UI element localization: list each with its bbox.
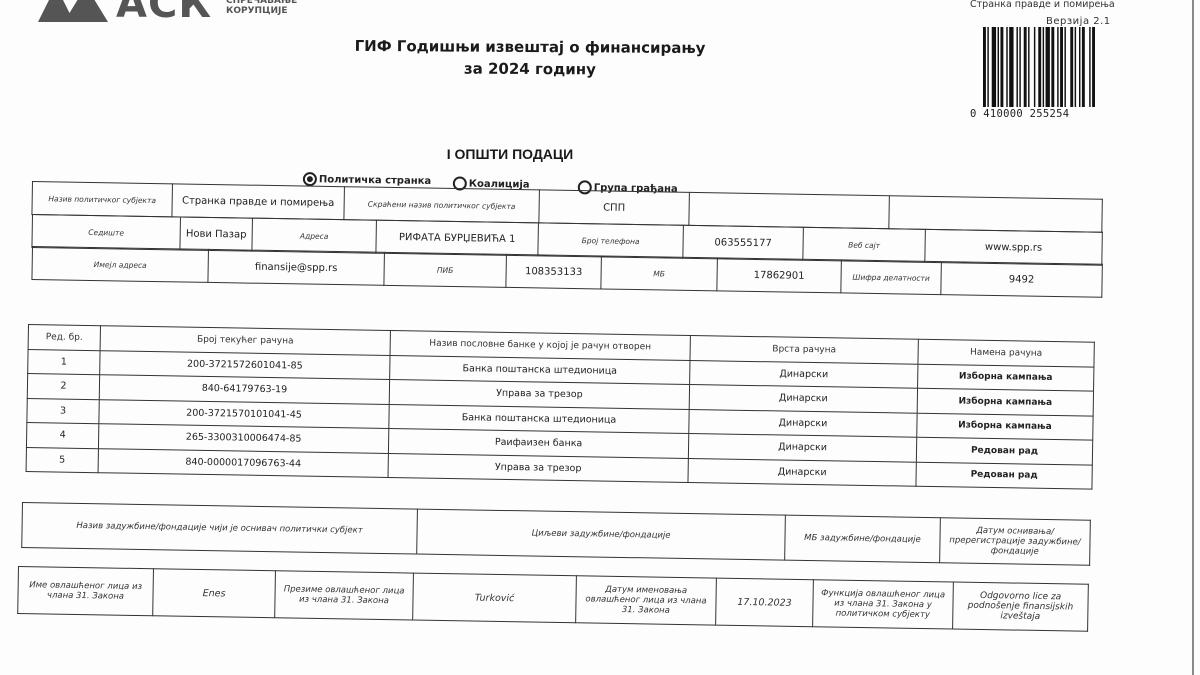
phone-field[interactable]: 063555177 (683, 225, 804, 260)
account-purpose[interactable]: Изборна кампања (917, 413, 1093, 440)
account-type[interactable]: Динарски (689, 384, 917, 412)
bank-accounts-table: Ред. бр. Број текућег рачуна Назив посло… (26, 324, 1095, 490)
empty-field-1[interactable] (689, 192, 890, 228)
page-edge-divider (1192, 0, 1194, 675)
phone-label: Број телефона (538, 223, 684, 258)
empty-field-2[interactable] (889, 196, 1103, 233)
authorized-person-table: Име овлашћеног лица из члана 31. Закона … (17, 566, 1089, 632)
first-name-field[interactable]: Enes (153, 569, 276, 618)
col-header-type: Врста рачуна (690, 335, 918, 363)
email-label: Имејл адреса (32, 247, 209, 283)
row-number: 1 (28, 349, 100, 375)
last-name-field[interactable]: Turković (413, 573, 577, 623)
section-title: I ОПШТИ ПОДАЦИ (380, 146, 640, 162)
function-label: Функција овлашћеног лица из члана 31. За… (813, 580, 954, 629)
pib-label: ПИБ (384, 252, 507, 287)
activity-code-field[interactable]: 9492 (941, 262, 1103, 298)
row-number: 3 (27, 398, 99, 424)
barcode-number: 0 410000 255254 (970, 108, 1069, 120)
appointment-date-label: Датум именовања овлашћеног лица из члана… (576, 576, 717, 625)
col-header-purpose: Намена рачуна (918, 339, 1094, 366)
seat-field[interactable]: Нови Пазар (180, 217, 253, 251)
agency-logo: АСК СПРЕЧАВАЊЕ КОРУПЦИЈЕ (38, 0, 297, 22)
pib-field[interactable]: 108353133 (506, 254, 602, 289)
appointment-date-field[interactable]: 17.10.2023 (716, 578, 814, 627)
table-row: Назив задужбине/фондације чији је оснива… (22, 503, 1091, 566)
foundation-mb-label: МБ задужбине/фондације (785, 515, 941, 563)
header-party-name: Странка правде и помирења (970, 0, 1115, 10)
subject-name-label: Назив политичког субјекта (32, 182, 173, 217)
foundation-table: Назив задужбине/фондације чији је оснива… (21, 502, 1091, 566)
account-purpose[interactable]: Редован рад (916, 462, 1092, 489)
short-name-label: Скраћени назив политичког субјекта (344, 187, 540, 223)
account-type[interactable]: Динарски (688, 458, 916, 486)
mb-label: МБ (601, 256, 718, 291)
account-purpose[interactable]: Изборна кампања (917, 388, 1093, 415)
form-version: Верзија 2.1 (1046, 16, 1111, 27)
mb-field[interactable]: 17862901 (717, 258, 842, 293)
row-number: 5 (26, 447, 98, 473)
website-label: Веб сајт (803, 227, 926, 262)
row-number: 2 (27, 374, 99, 400)
last-name-label: Презиме овлашћеног лица из члана 31. Зак… (275, 571, 414, 620)
function-field[interactable]: Odgovorno lice za podnošenje finansijski… (953, 582, 1089, 631)
account-type[interactable]: Динарски (688, 433, 916, 461)
account-purpose[interactable]: Редован рад (916, 437, 1092, 464)
report-title: ГИФ Годишњи извештај о финансирању за 20… (300, 35, 760, 82)
logo-subtitle: СПРЕЧАВАЊЕ КОРУПЦИЈЕ (226, 0, 297, 16)
first-name-label: Име овлашћеног лица из члана 31. Закона (18, 567, 154, 616)
seat-label: Седиште (32, 215, 181, 250)
address-field[interactable]: РИФАТА БУРЏЕВИЋА 1 (376, 220, 539, 256)
account-type[interactable]: Динарски (689, 409, 917, 437)
email-field[interactable]: finansije@spp.rs (208, 249, 385, 285)
foundation-goals-label: Циљеви задужбине/фондације (417, 509, 786, 560)
table-row: Име овлашћеног лица из члана 31. Закона … (18, 567, 1089, 632)
bank-name[interactable]: Управа за трезор (388, 453, 688, 482)
short-name-field[interactable]: СПП (539, 190, 690, 225)
activity-code-label: Шифра делатности (841, 260, 942, 295)
foundation-date-label: Датум оснивања/пререгистрације задужбине… (940, 518, 1091, 565)
account-type[interactable]: Динарски (690, 360, 918, 388)
barcode-icon (983, 27, 1095, 112)
radio-selected-icon (303, 172, 317, 186)
address-label: Адреса (252, 218, 377, 253)
logo-text: АСК (116, 0, 212, 22)
col-header-no: Ред. бр. (28, 325, 100, 351)
row-number: 4 (26, 422, 98, 448)
website-field[interactable]: www.spp.rs (925, 229, 1103, 265)
account-purpose[interactable]: Изборна кампања (918, 364, 1094, 391)
account-number[interactable]: 840-0000017096763-44 (98, 448, 388, 477)
subject-name-field[interactable]: Странка правде и помирења (172, 184, 345, 220)
foundation-name-label: Назив задужбине/фондације чији је оснива… (22, 503, 418, 555)
logo-mark-icon (38, 0, 108, 22)
